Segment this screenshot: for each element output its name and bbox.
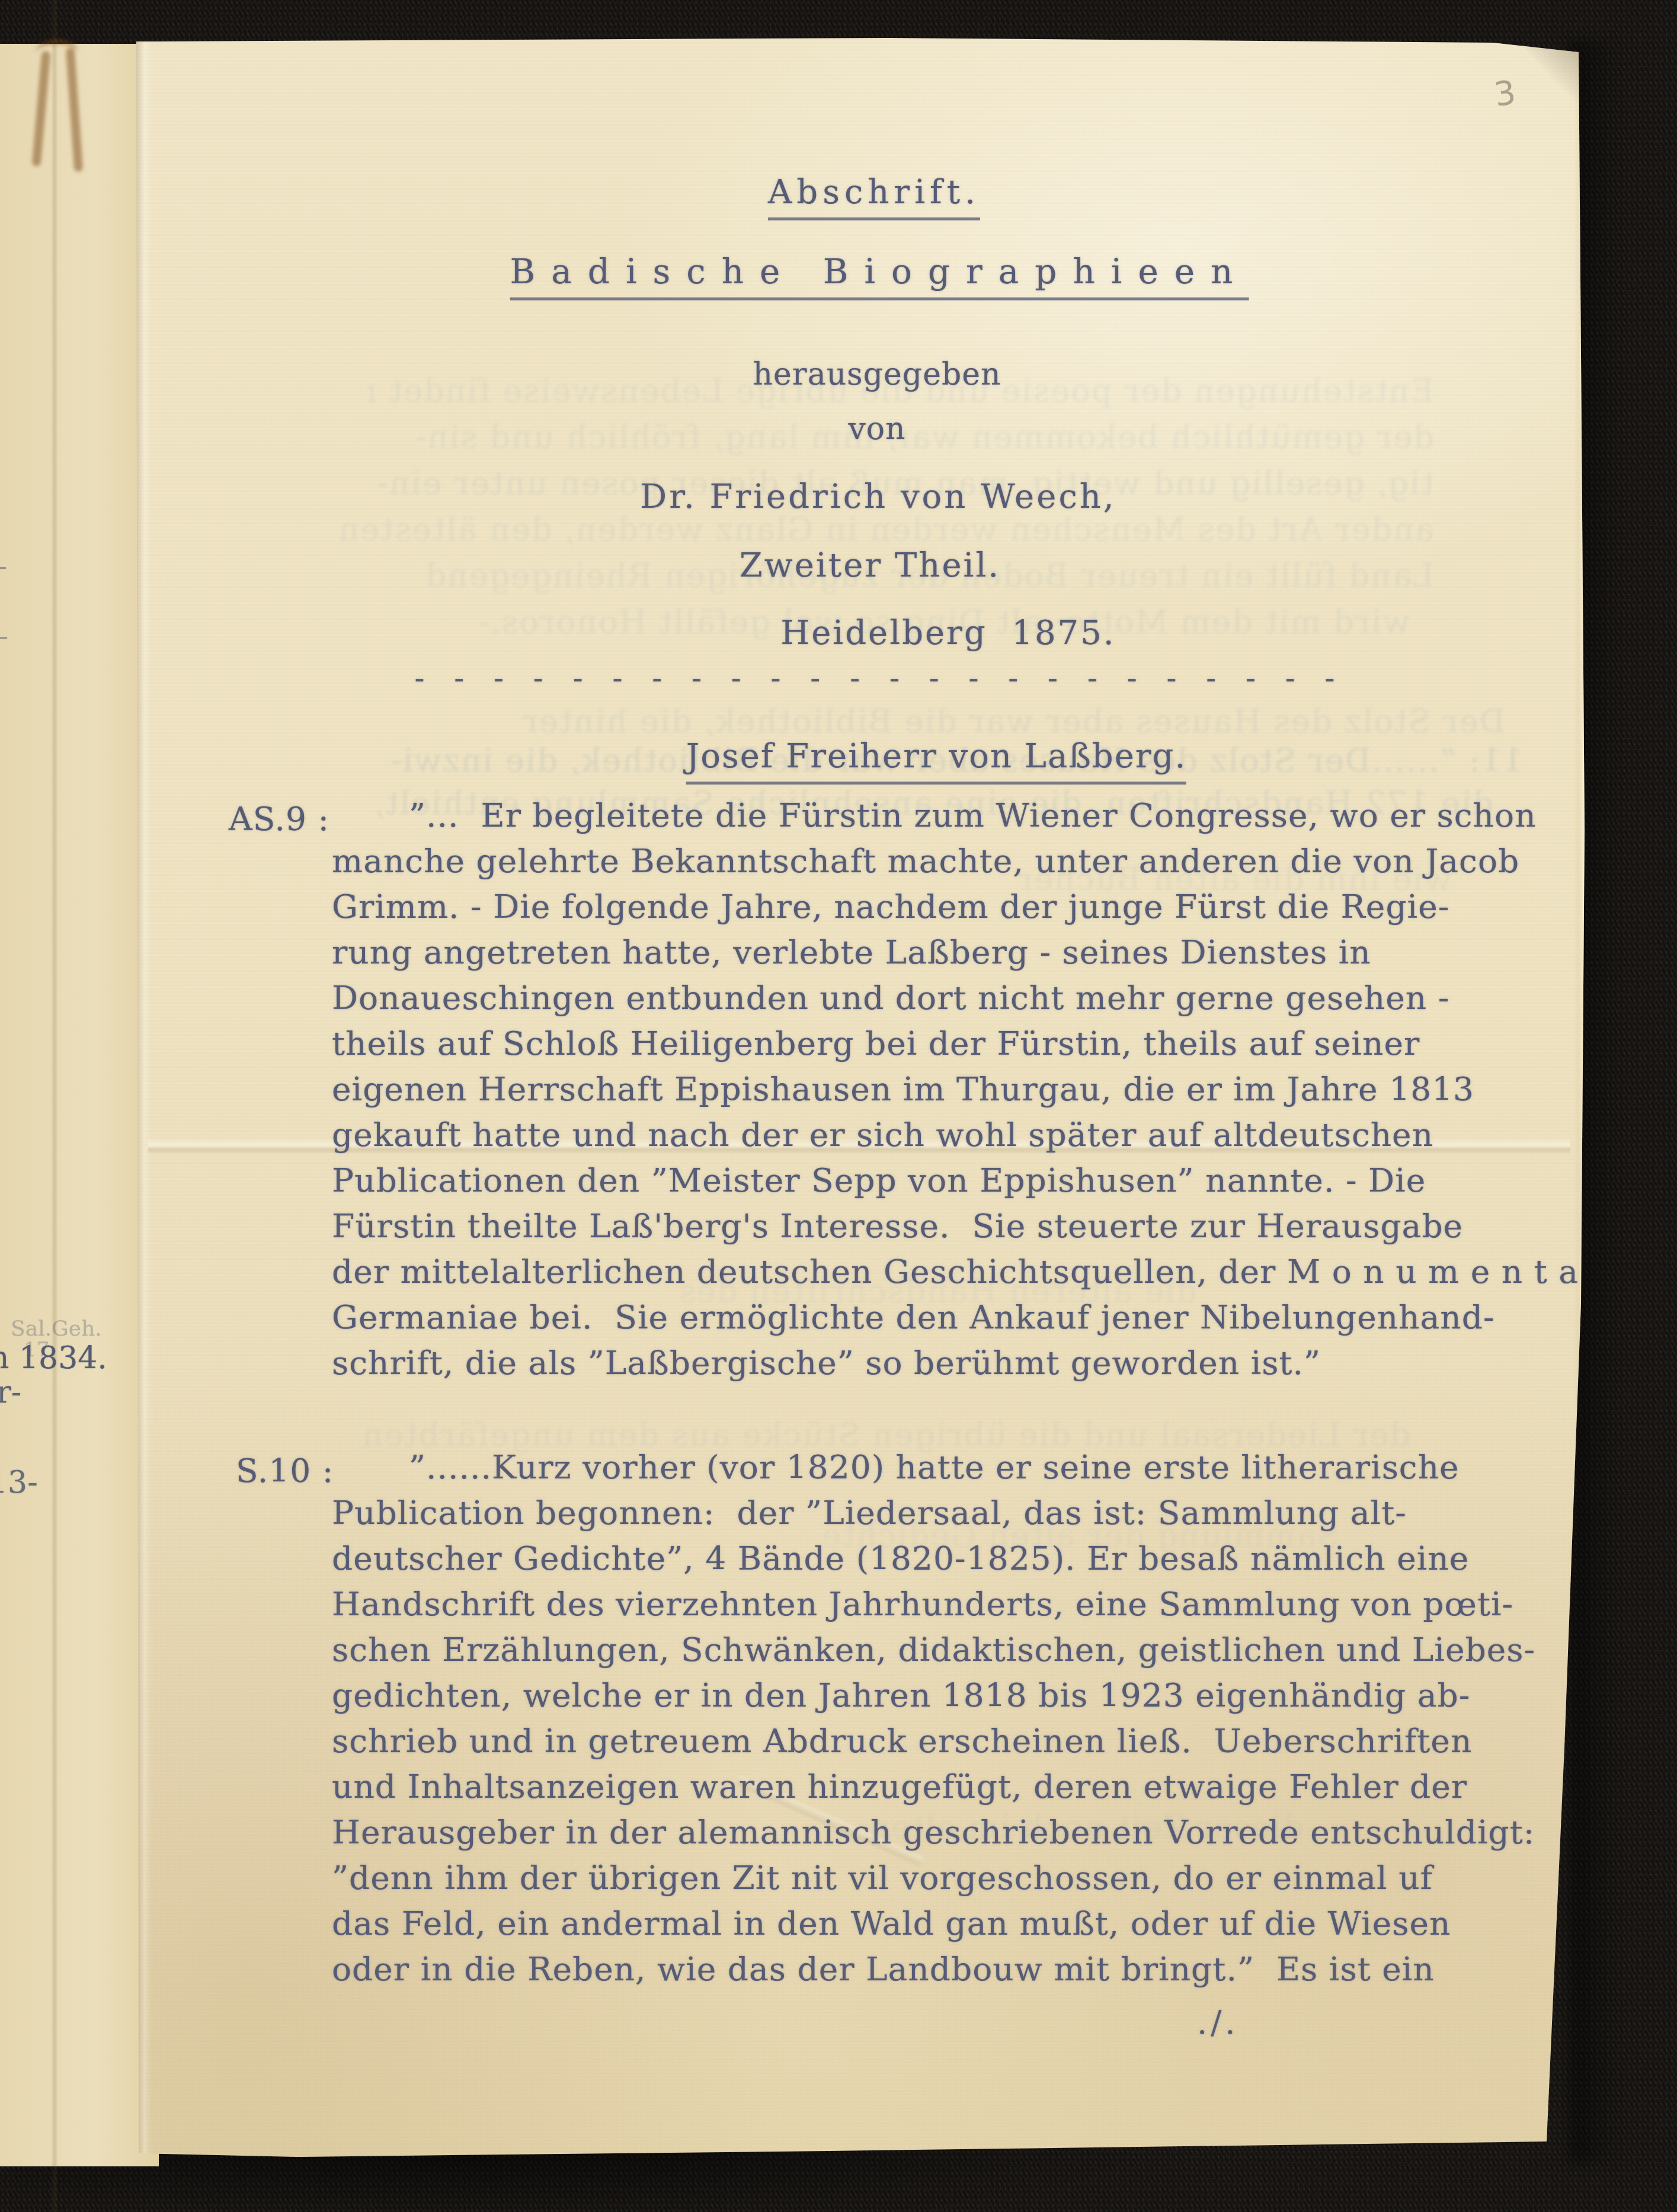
paragraph: ”... Er begleitete die Fürstin zum Wiene… [332,793,1579,1386]
text-line: Fürstin theilte Laß'berg's Interesse. Si… [332,1203,1579,1249]
text-line: Handschrift des vierzehnten Jahrhunderts… [332,1582,1535,1627]
margin-fragment: – [0,551,7,581]
text-line: theils auf Schloß Heiligenberg bei der F… [332,1021,1579,1067]
text-line: Germaniae bei. Sie ermöglichte den Ankau… [332,1295,1579,1340]
text-line: gekauft hatte und nach der er sich wohl … [332,1112,1579,1158]
paragraph-label: S.10 : [236,1452,334,1490]
margin-fragment: 13- [0,1465,38,1500]
margin-fragment: Sal.Geh. [11,1317,102,1341]
text-line: Publication begonnen: der ”Liedersaal, d… [332,1490,1535,1536]
text-line: ”... Er begleitete die Fürstin zum Wiene… [409,793,1579,838]
scan-background: Sal.Geh.17.n 1834.r-13-–– Entstehungen d… [0,0,1677,2212]
rust-stain [32,51,51,167]
divider-dashes: - - - - - - - - - - - - - - - - - - - - … [414,661,1342,696]
text-line: das Feld, ein andermal in den Wald gan m… [332,1901,1535,1947]
text-line: ”......Kurz vorher (vor 1820) hatte er s… [409,1445,1535,1490]
text-line: deutscher Gedichte”, 4 Bände (1820-1825)… [332,1536,1535,1582]
text-line: Herausgeber in der alemannisch geschrieb… [332,1810,1535,1855]
text-line: oder in die Reben, wie das der Landbouw … [332,1947,1535,1992]
text-line: Donaueschingen entbunden und dort nicht … [332,975,1579,1021]
text-line: und Inhaltsanzeigen waren hinzugefügt, d… [332,1764,1535,1810]
text-line: der mittelalterlichen deutschen Geschich… [332,1249,1579,1295]
text-line: schrieb und in getreuem Abdruck erschein… [332,1718,1535,1764]
text-line: manche gelehrte Bekanntschaft machte, un… [332,838,1579,884]
underlying-page: Sal.Geh.17.n 1834.r-13-–– [0,44,159,2166]
doc-label-abschrift: Abschrift. [768,173,980,220]
text-line: Publicationen den ”Meister Sepp von Eppi… [332,1158,1579,1203]
text-line: eigenen Herrschaft Eppishausen im Thurga… [332,1067,1579,1112]
ghost-text-line: ander Art des Menschen werden in Glanz w… [332,511,1434,548]
rust-stain [36,39,78,65]
margin-fragment: r- [0,1375,21,1410]
volume-line: Zweiter Theil. [740,546,1000,585]
document-page: Entstehungen der poesie und die übrige L… [135,38,1585,2159]
rust-stain [66,47,84,172]
place-year-line: Heidelberg 1875. [780,614,1115,652]
doc-title: Badische Biographieen [510,251,1249,300]
edited-by-line: herausgegeben [753,357,1001,392]
pencil-page-number: 3 [1492,73,1518,114]
von-line: von [848,411,905,447]
editor-name: Dr. Friedrich von Weech, [640,478,1116,516]
text-line: Grimm. - Die folgende Jahre, nachdem der… [332,884,1579,930]
text-line: gedichten, welche er in den Jahren 1818 … [332,1673,1535,1718]
text-line: ”denn ihm der übrigen Zit nit vil vorges… [332,1855,1535,1901]
under-page-crease [51,0,58,2212]
text-line: rung angetreten hatte, verlebte Laßberg … [332,930,1579,975]
text-line: schrift, die als ”Laßbergische” so berüh… [332,1340,1579,1386]
section-heading: Josef Freiherr von Laßberg. [686,737,1186,785]
margin-fragment: n 1834. [0,1340,107,1376]
paragraph-label: AS.9 : [229,800,329,838]
ghost-text-line: Der Stolz des Hauses aber war die Biblio… [284,703,1505,740]
margin-fragment: – [0,621,8,651]
paragraph: ”......Kurz vorher (vor 1820) hatte er s… [332,1445,1535,1992]
continuation-mark: ./. [1197,2004,1239,2041]
text-line: schen Erzählungen, Schwänken, didaktisch… [332,1627,1535,1673]
